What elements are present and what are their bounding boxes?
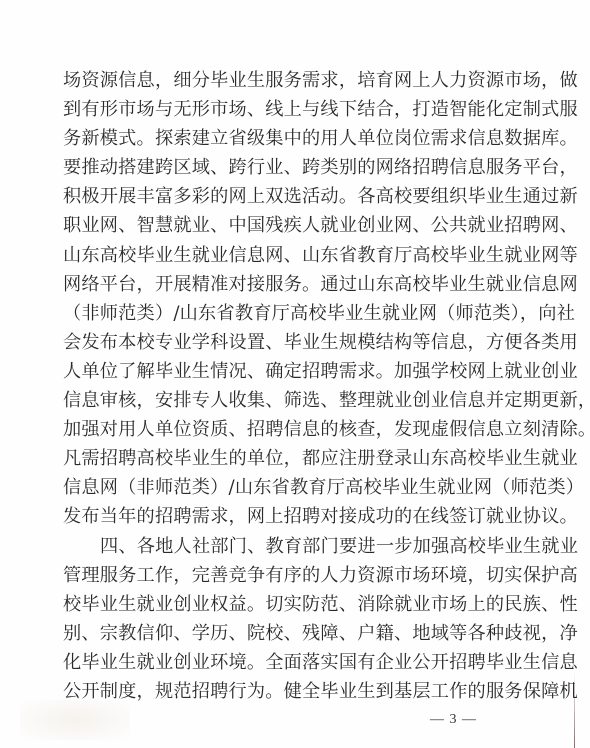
text-line: 网络平台，开展精准对接服务。通过山东高校毕业生就业信息网 <box>63 270 508 299</box>
text-line: 积极开展丰富多彩的网上双选活动。各高校要组织毕业生通过新 <box>63 182 508 211</box>
text-line: 校毕业生就业创业权益。切实防范、消除就业市场上的民族、性 <box>63 590 508 619</box>
text-line: 信息审核，安排专人收集、筛选、整理就业创业信息并定期更新， <box>63 386 508 415</box>
text-line: 务新模式。探索建立省级集中的用人单位岗位需求信息数据库。 <box>63 124 508 153</box>
text-line: 场资源信息，细分毕业生服务需求，培育网上人力资源市场，做 <box>63 66 508 95</box>
text-line: （非师范类）/山东省教育厅高校毕业生就业网（师范类），向社 <box>63 299 508 328</box>
text-line: 别、宗教信仰、学历、院校、残障、户籍、地域等各种歧视，净 <box>63 619 508 648</box>
text-line: 化毕业生就业创业环境。全面落实国有企业公开招聘毕业生信息 <box>63 648 508 677</box>
document-page: 场资源信息，细分毕业生服务需求，培育网上人力资源市场，做 到有形市场与无形市场、… <box>0 0 590 748</box>
text-line: 要推动搭建跨区域、跨行业、跨类别的网络招聘信息服务平台， <box>63 153 508 182</box>
body-text: 场资源信息，细分毕业生服务需求，培育网上人力资源市场，做 到有形市场与无形市场、… <box>63 66 508 706</box>
text-line: 山东高校毕业生就业信息网、山东省教育厅高校毕业生就业网等 <box>63 241 508 270</box>
page-number: — 3 — <box>430 712 477 728</box>
text-line: 加强对用人单位资质、招聘信息的核查，发现虚假信息立刻清除。 <box>63 415 508 444</box>
text-line: 信息网（非师范类）/山东省教育厅高校毕业生就业网（师范类） <box>63 473 508 502</box>
text-line: 公开制度，规范招聘行为。健全毕业生到基层工作的服务保障机 <box>63 677 508 706</box>
section-four-first-line: 四、各地人社部门、教育部门要进一步加强高校毕业生就业 <box>63 532 508 561</box>
text-line: 到有形市场与无形市场、线上与线下结合，打造智能化定制式服 <box>63 95 508 124</box>
text-line: 人单位了解毕业生情况、确定招聘需求。加强学校网上就业创业 <box>63 357 508 386</box>
text-line: 发布当年的招聘需求，网上招聘对接成功的在线签订就业协议。 <box>63 502 508 531</box>
text-line: 凡需招聘高校毕业生的单位，都应注册登录山东高校毕业生就业 <box>63 444 508 473</box>
text-line: 管理服务工作，完善竞争有序的人力资源市场环境，切实保护高 <box>63 561 508 590</box>
text-line: 职业网、智慧就业、中国残疾人就业创业网、公共就业招聘网、 <box>63 211 508 240</box>
text-line: 会发布本校专业学科设置、毕业生规模结构等信息，方便各类用 <box>63 328 508 357</box>
